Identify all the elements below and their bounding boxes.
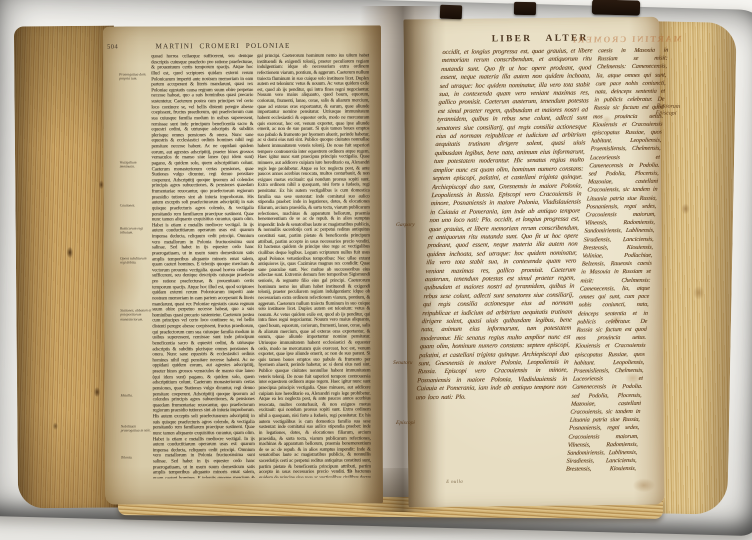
running-header: MARTINI CROMERI POLONIAE (143, 42, 303, 51)
margin-note: Cautiones. (120, 203, 152, 207)
show-through-header-text: MARTINI CROMERI POLONIAE (571, 33, 682, 44)
margin-note-russorum-episcopi: Russorum Episcopi (655, 103, 703, 119)
margin-note-line: Episcopi (655, 110, 676, 117)
margin-note-line: Russorum (656, 103, 680, 110)
margin-note: Rusticorum regi tributum. (120, 226, 152, 235)
margin-note: Opera subditorum regi debita. (120, 256, 152, 265)
margin-note: Vectigalium imminutio. (120, 160, 152, 169)
printed-text-column-2: gal principi. Caeterorum hominum nemo iu… (257, 53, 371, 477)
margin-note: Nobilitatis praerogatiua in sale. (121, 424, 153, 433)
left-printed-page: 504 MARTINI CROMERI POLONIAE Praerogatiu… (103, 25, 383, 504)
margin-note: Praerogatiua dom. propria tum. (119, 72, 151, 81)
clasp-remnant-icon (440, 5, 462, 20)
clasp-remnant-icon (514, 2, 536, 15)
marginalia-item: Episcopi (396, 420, 416, 426)
marginalia-item: Senatoru (393, 360, 413, 366)
catchword: Si- (347, 470, 353, 475)
bottom-ink-note: E nulla (446, 479, 463, 484)
marginalia-item: Gaspary (396, 222, 415, 228)
handwriting-column-1: occidit, et longius progressa est, quae … (409, 47, 592, 481)
chapter-header-liber: LIBER (492, 34, 533, 44)
page-number: 504 (107, 44, 118, 51)
clasp-remnant-icon (592, 0, 640, 16)
right-annotated-page: LIBER ALTER MARTINI CROMERI POLONIAE occ… (403, 17, 664, 508)
book-photograph: 504 MARTINI CROMERI POLONIAE Praerogatiu… (0, 0, 752, 540)
margin-note: Stationes, abbatum et praepositorum mona… (120, 308, 152, 321)
margin-note: Metalla. (121, 393, 153, 397)
margin-note: Telonia. (121, 455, 153, 459)
printed-text-column-1: quoad horrea cellaeque sufficerent, seu … (151, 54, 255, 478)
